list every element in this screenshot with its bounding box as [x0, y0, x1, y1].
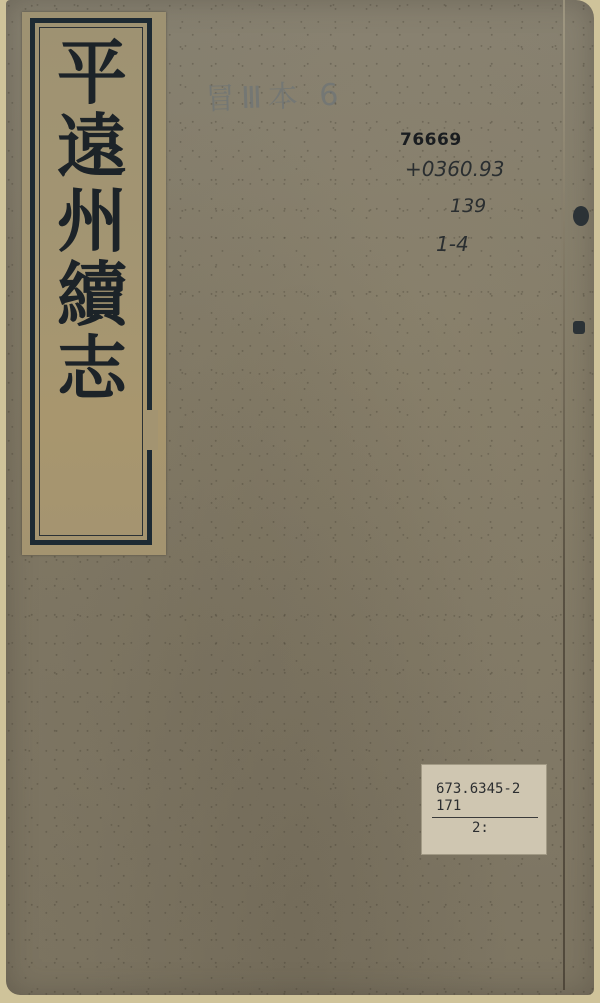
title-char: 平 [48, 36, 136, 110]
handwritten-note: 139 [450, 195, 486, 217]
accession-stamp: 76669 [400, 130, 462, 150]
scanned-book-cover: 平 遠 州 續 志 冒Ⅲ本 6 76669 +0360.93 139 1-4 6… [0, 0, 600, 1003]
title-slip: 平 遠 州 續 志 [22, 12, 166, 555]
binding-hole [573, 321, 585, 334]
handwritten-note: 1-4 [436, 232, 469, 256]
title-char: 志 [48, 332, 136, 406]
spine-fold-line [563, 0, 565, 990]
title-char: 續 [48, 258, 136, 332]
call-number-class: 673.6345-2 [436, 781, 520, 797]
call-number-cutter: 171 [436, 798, 461, 814]
pencil-annotation: 冒Ⅲ本 6 [204, 70, 345, 119]
call-number-label: 673.6345-2 171 2: [421, 764, 547, 855]
binding-hole [573, 206, 589, 226]
book-title: 平 遠 州 續 志 [48, 36, 136, 406]
call-label-divider [432, 817, 538, 818]
title-slip-border-gap [144, 410, 158, 450]
title-char: 州 [48, 184, 136, 258]
title-char: 遠 [48, 110, 136, 184]
call-number-volume: 2: [472, 820, 489, 836]
handwritten-note: +0360.93 [405, 157, 504, 181]
